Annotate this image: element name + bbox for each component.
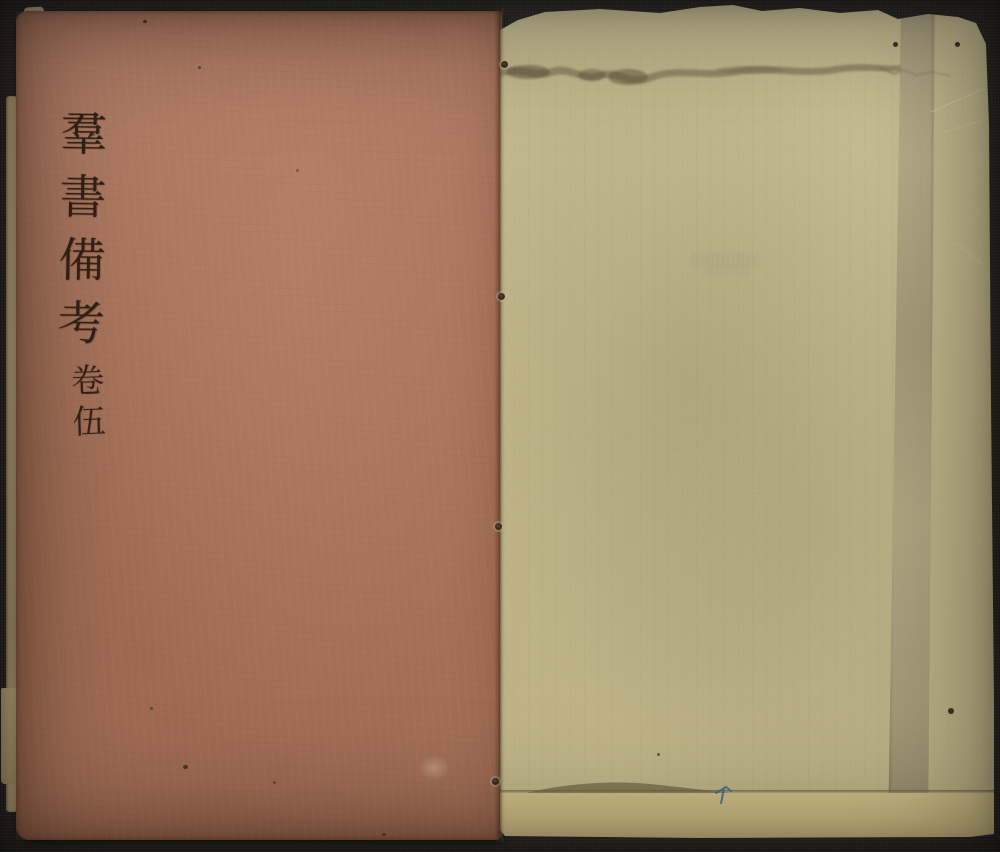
blue-ink-mark <box>714 784 736 806</box>
front-cover: 羣書備考 卷伍 <box>16 11 502 840</box>
paper-speck <box>382 833 386 836</box>
paper-speck <box>143 20 147 23</box>
faint-stamp-showthrough <box>706 266 748 276</box>
wormhole <box>948 708 954 714</box>
paper-speck <box>296 169 299 172</box>
paper-speck <box>183 765 188 769</box>
paper-speck <box>150 707 153 710</box>
first-leaf-page <box>500 4 994 840</box>
volume-label-calligraphy: 卷伍 <box>64 362 109 445</box>
binding-hole <box>498 293 505 300</box>
tear-stain <box>500 44 970 100</box>
cover-scuff-mark <box>418 755 450 781</box>
page-bottom-band <box>500 793 994 840</box>
repair-strip <box>888 4 935 840</box>
photo-of-book: { "book": { "cover_title": "羣書備考", "volu… <box>0 0 1000 852</box>
cover-title-calligraphy: 羣書備考 <box>44 109 112 362</box>
binding-hole <box>492 778 499 785</box>
paper-speck <box>198 66 201 69</box>
wormhole <box>893 42 898 47</box>
page-right-margin-band <box>933 4 994 840</box>
binding-seam-shadow <box>494 8 505 842</box>
binding-hole <box>501 61 508 68</box>
paper-speck <box>273 781 276 784</box>
wormhole <box>657 753 660 756</box>
wormhole <box>955 42 960 47</box>
binding-hole <box>495 523 502 530</box>
